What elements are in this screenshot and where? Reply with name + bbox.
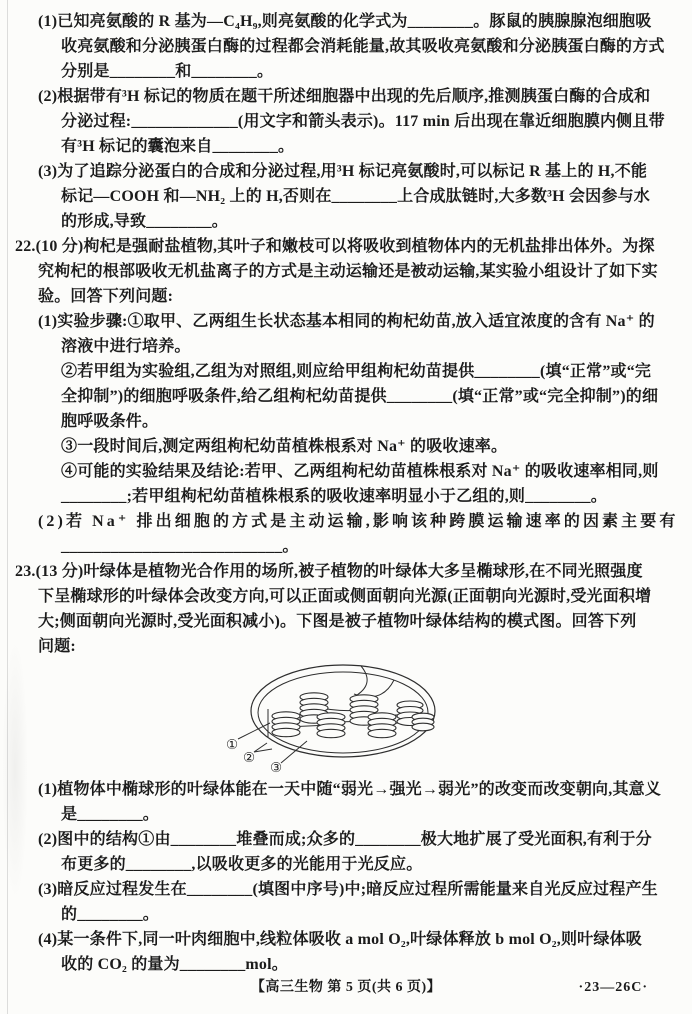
q23-line: (4)某一条件下,同一叶肉细胞中,线粒体吸收 a mol O₂,叶绿体释放 b … bbox=[0, 927, 692, 952]
q21-line: 收亮氨酸和分泌胰蛋白酶的过程都会消耗能量,故其吸收亮氨酸和分泌胰蛋白酶的方式 bbox=[0, 34, 692, 59]
q23-line: (3)暗反应过程发生在________(填图中序号)中;暗反应过程所需能量来自光… bbox=[0, 877, 692, 902]
q22-line: 验。回答下列问题: bbox=[0, 284, 692, 309]
granum-stack bbox=[272, 712, 300, 737]
q22-line: 究枸杞的根部吸收无机盐离子的方式是主动运输还是被动运输,某实验小组设计了如下实 bbox=[0, 259, 692, 284]
q23-line: 的________。 bbox=[0, 902, 692, 927]
label-3: ③ bbox=[270, 760, 282, 775]
q22-line: ④可能的实验结果及结论:若甲、乙两组枸杞幼苗植株根系对 Na⁺ 的吸收速率相同,… bbox=[0, 459, 692, 484]
granum-stack bbox=[368, 713, 396, 738]
granum-stack bbox=[317, 713, 345, 738]
q22-line: 22.(10 分)枸杞是强耐盐植物,其叶子和嫩枝可以将吸收到植物体内的无机盐排出… bbox=[0, 234, 692, 259]
label-1: ① bbox=[226, 737, 238, 752]
q22-line: ③一段时间后,测定两组枸杞幼苗植株根系对 Na⁺ 的吸收速率。 bbox=[0, 434, 692, 459]
q23-line: 23.(13 分)叶绿体是植物光合作用的场所,被子植物的叶绿体大多呈椭球形,在不… bbox=[0, 559, 692, 584]
chloroplast-figure: ① ② ③ bbox=[218, 659, 488, 775]
q21-line: 分别是________和________。 bbox=[0, 59, 692, 84]
q21-line: 分泌过程:_____________(用文字和箭头表示)。117 min 后出现… bbox=[0, 109, 692, 134]
label-1-leader bbox=[238, 723, 270, 739]
q23-line: 问题: bbox=[0, 634, 692, 659]
q22-line: 胞呼吸条件。 bbox=[0, 409, 692, 434]
q22-line: ________;若甲组枸杞幼苗植株根系的吸收速率明显小于乙组的,则______… bbox=[0, 484, 692, 509]
q21-line: (1)已知亮氨酸的 R 基为—C₄H₉,则亮氨酸的化学式为________。豚鼠… bbox=[0, 9, 692, 34]
q21-line: 标记—COOH 和—NH₂ 上的 H,否则在________上合成肽链时,大多数… bbox=[0, 184, 692, 209]
membrane-flap bbox=[357, 666, 367, 695]
q23-line: 下呈椭球形的叶绿体会改变方向,可以正面或侧面朝向光源(正面朝向光源时,受光面积增 bbox=[0, 584, 692, 609]
q22-line: (1)实验步骤:①取甲、乙两组生长状态基本相同的枸杞幼苗,放入适宜浓度的含有 N… bbox=[0, 309, 692, 334]
q23-line: (2)图中的结构①由________堆叠而成;众多的________极大地扩展了… bbox=[0, 827, 692, 852]
q21-line: (2)根据带有³H 标记的物质在题干所述细胞器中出现的先后顺序,推测胰蛋白酶的合… bbox=[0, 84, 692, 109]
footer-paper-code: ·23—26C· bbox=[579, 977, 648, 999]
q22-line: ___________________________。 bbox=[0, 534, 692, 559]
q23-line: (1)植物体中椭球形的叶绿体能在一天中随“弱光→强光→弱光”的改变而改变朝向,其… bbox=[0, 777, 692, 802]
q21-line: 的形成,导致________。 bbox=[0, 209, 692, 234]
page-footer: 【高三生物 第 5 页(共 6 页)】 ·23—26C· bbox=[0, 977, 692, 999]
q21-line: (3)为了追踪分泌蛋白的合成和分泌过程,用³H 标记亮氨酸时,可以标记 R 基上… bbox=[0, 159, 692, 184]
q23-line: 大;侧面朝向光源时,受光面积减小)。下图是被子植物叶绿体结构的模式图。回答下列 bbox=[0, 609, 692, 634]
q21-line: 有³H 标记的囊泡来自________。 bbox=[0, 134, 692, 159]
q22-line: 全抑制”)的细胞呼吸条件,给乙组枸杞幼苗提供________(填“正常”或“完全… bbox=[0, 384, 692, 409]
label-2: ② bbox=[243, 750, 255, 765]
granum-stack bbox=[412, 713, 434, 731]
q22-line: (2)若 Na⁺ 排出细胞的方式是主动运输,影响该种跨膜运输速率的因素主要有 bbox=[0, 509, 692, 534]
q23-line: 收的 CO₂ 的量为________mol。 bbox=[0, 952, 692, 977]
q23-line: 是________。 bbox=[0, 802, 692, 827]
chloroplast-structure-diagram: ① ② ③ bbox=[0, 659, 692, 777]
q23-line: 布更多的________,以吸收更多的光能用于光反应。 bbox=[0, 852, 692, 877]
exam-page: (1)已知亮氨酸的 R 基为—C₄H₉,则亮氨酸的化学式为________。豚鼠… bbox=[0, 0, 692, 977]
q22-line: 溶液中进行培养。 bbox=[0, 334, 692, 359]
membrane-flap bbox=[354, 680, 394, 697]
q22-line: ②若甲组为实验组,乙组为对照组,则应给甲组枸杞幼苗提供________(填“正常… bbox=[0, 359, 692, 384]
